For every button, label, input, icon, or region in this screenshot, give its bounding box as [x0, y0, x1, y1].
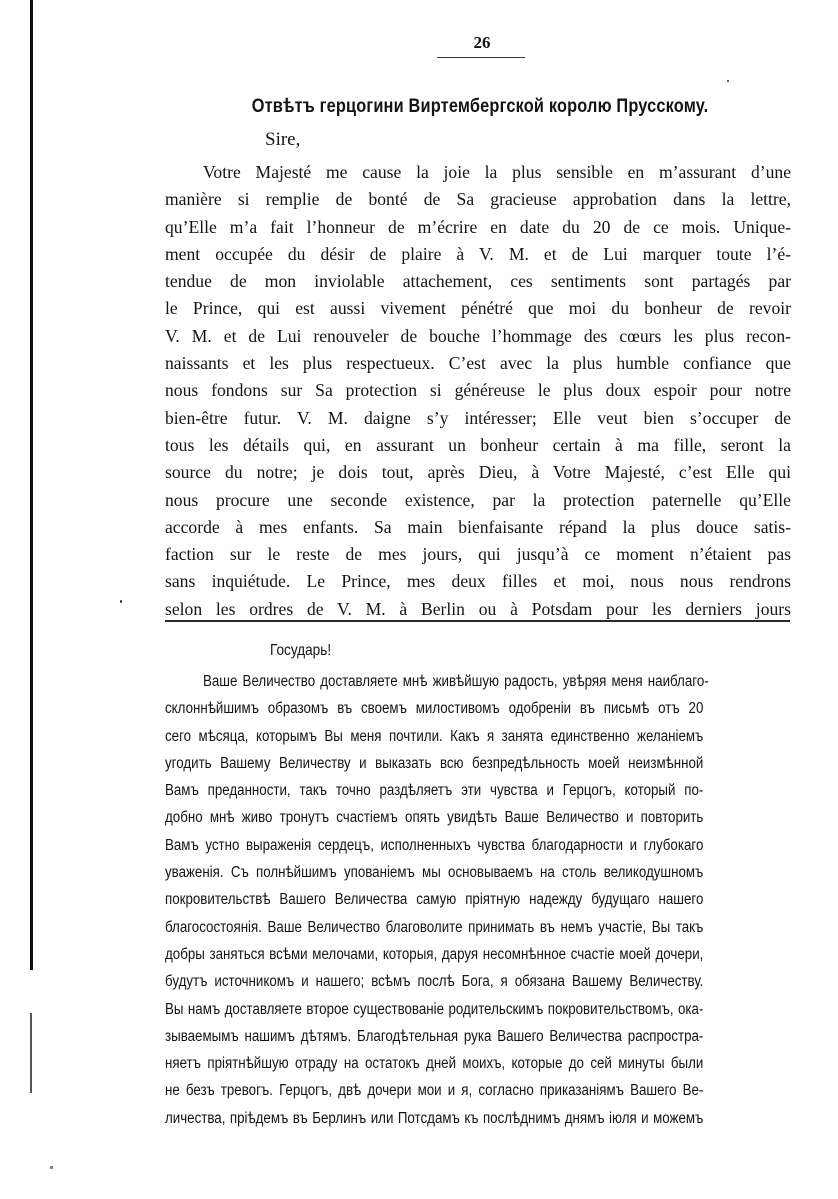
- russian-line: будутъ источникомъ и нашего; всѣмъ послѣ…: [165, 968, 791, 995]
- french-line: sans inquiétude. Le Prince, mes deux fil…: [165, 568, 791, 595]
- russian-line: благосостоянія. Ваше Величество благовол…: [165, 914, 791, 941]
- page-number-rule: [437, 57, 525, 58]
- french-line: qu’Elle m’a fait l’honneur de m’écrire e…: [165, 214, 791, 241]
- russian-salutation: Государь!: [270, 640, 331, 662]
- french-line: Votre Majesté me cause la joie la plus s…: [165, 159, 791, 186]
- french-line: accorde à mes enfants. Sa main bienfaisa…: [165, 514, 791, 541]
- french-line: ment occupée du désir de plaire à V. M. …: [165, 241, 791, 268]
- french-line: tous les détails qui, en assurant un bon…: [165, 432, 791, 459]
- russian-line: Вамъ преданности, такъ точно раздѣляетъ …: [165, 777, 791, 804]
- french-line: bien-être futur. V. M. daigne s’y intére…: [165, 405, 791, 432]
- scan-speck: [50, 1166, 53, 1169]
- scan-speck: [120, 600, 122, 603]
- russian-line: не безъ тревогъ. Герцогъ, двѣ дочери мои…: [165, 1077, 791, 1104]
- russian-line: Ваше Величество доставляете мнѣ живѣйшую…: [165, 668, 791, 695]
- russian-translation-body: Ваше Величество доставляете мнѣ живѣйшую…: [165, 668, 791, 1132]
- french-line: selon les ordres de V. M. à Berlin ou à …: [165, 596, 791, 623]
- russian-line: Вамъ устно выраженія сердецъ, исполненны…: [165, 832, 791, 859]
- french-line: naissants et les plus respectueux. C’est…: [165, 350, 791, 377]
- russian-line: сего мѣсяца, которымъ Вы меня почтили. К…: [165, 723, 791, 750]
- russian-line: склоннѣйшимъ образомъ въ своемъ милостив…: [165, 695, 791, 722]
- scan-speck: [727, 80, 729, 82]
- russian-line: угодить Вашему Величеству и выказать всю…: [165, 750, 791, 777]
- french-line: nous procure une seconde existence, par …: [165, 487, 791, 514]
- french-line: V. M. et de Lui renouveler de bouche l’h…: [165, 323, 791, 350]
- russian-line: няетъ пріятнѣйшую отраду на остатокъ дне…: [165, 1050, 791, 1077]
- russian-line: Вы намъ доставляете второе существованіе…: [165, 996, 791, 1023]
- russian-line: покровительствѣ Вашего Величества самую …: [165, 886, 791, 913]
- french-line: manière si remplie de bonté de Sa gracie…: [165, 186, 791, 213]
- french-line: faction sur le reste de mes jours, qui j…: [165, 541, 791, 568]
- french-line: le Prince, qui est aussi vivement pénétr…: [165, 295, 791, 322]
- russian-line: уваженія. Съ полнѣйшимъ упованіемъ мы ос…: [165, 859, 791, 886]
- french-salutation: Sire,: [265, 128, 300, 152]
- page-binding-edge-lower: [30, 1013, 32, 1093]
- russian-line: добры заняться всѣми мелочами, которыя, …: [165, 941, 791, 968]
- russian-line: зываемымъ нашимъ дѣтямъ. Благодѣтельная …: [165, 1023, 791, 1050]
- footnote-separator-rule: [165, 620, 790, 622]
- scanned-book-page: 26 Отвѣтъ герцогини Виртембергской корол…: [0, 0, 838, 1199]
- page-binding-edge: [30, 0, 33, 970]
- russian-line: личества, пріѣдемъ въ Берлинъ или Потсда…: [165, 1105, 791, 1132]
- section-title: Отвѣтъ герцогини Виртембергской королю П…: [205, 95, 755, 119]
- french-line: nous fondons sur Sa protection si génére…: [165, 377, 791, 404]
- french-line: source du notre; je dois tout, après Die…: [165, 459, 791, 486]
- french-letter-body: Votre Majesté me cause la joie la plus s…: [165, 159, 791, 623]
- french-line: tendue de mon inviolable attachement, ce…: [165, 268, 791, 295]
- page-number: 26: [437, 33, 527, 53]
- russian-line: добно мнѣ живо тронутъ счастіемъ опять у…: [165, 804, 791, 831]
